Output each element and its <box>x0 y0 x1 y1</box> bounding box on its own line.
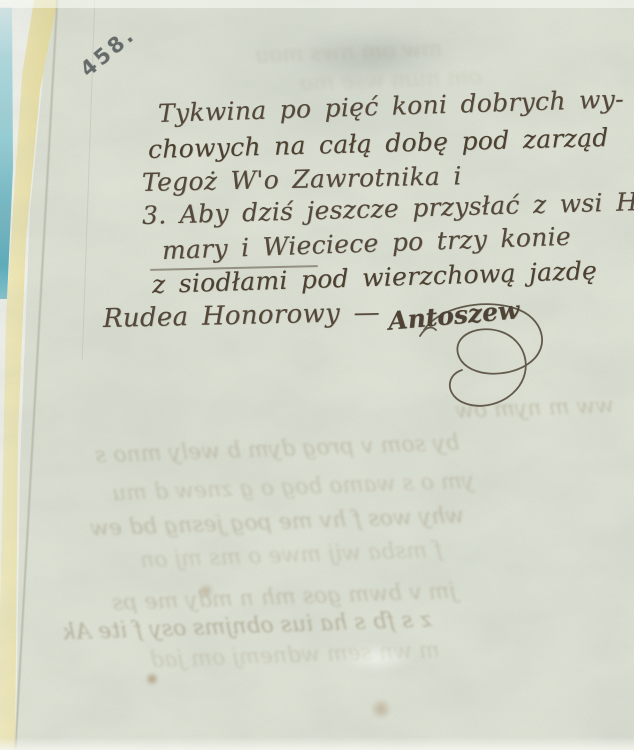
scan-bottom-edge <box>0 737 634 750</box>
manuscript-line: Rudea Honorowy — <box>103 300 380 332</box>
scanned-manuscript-page: mw om nws mou om num wse mo ww m nym ow … <box>0 0 634 750</box>
manuscript-line: Tegoż W'o Zawrotnika i <box>142 163 462 195</box>
scan-top-edge <box>0 0 634 8</box>
signature-flourish <box>418 296 568 418</box>
